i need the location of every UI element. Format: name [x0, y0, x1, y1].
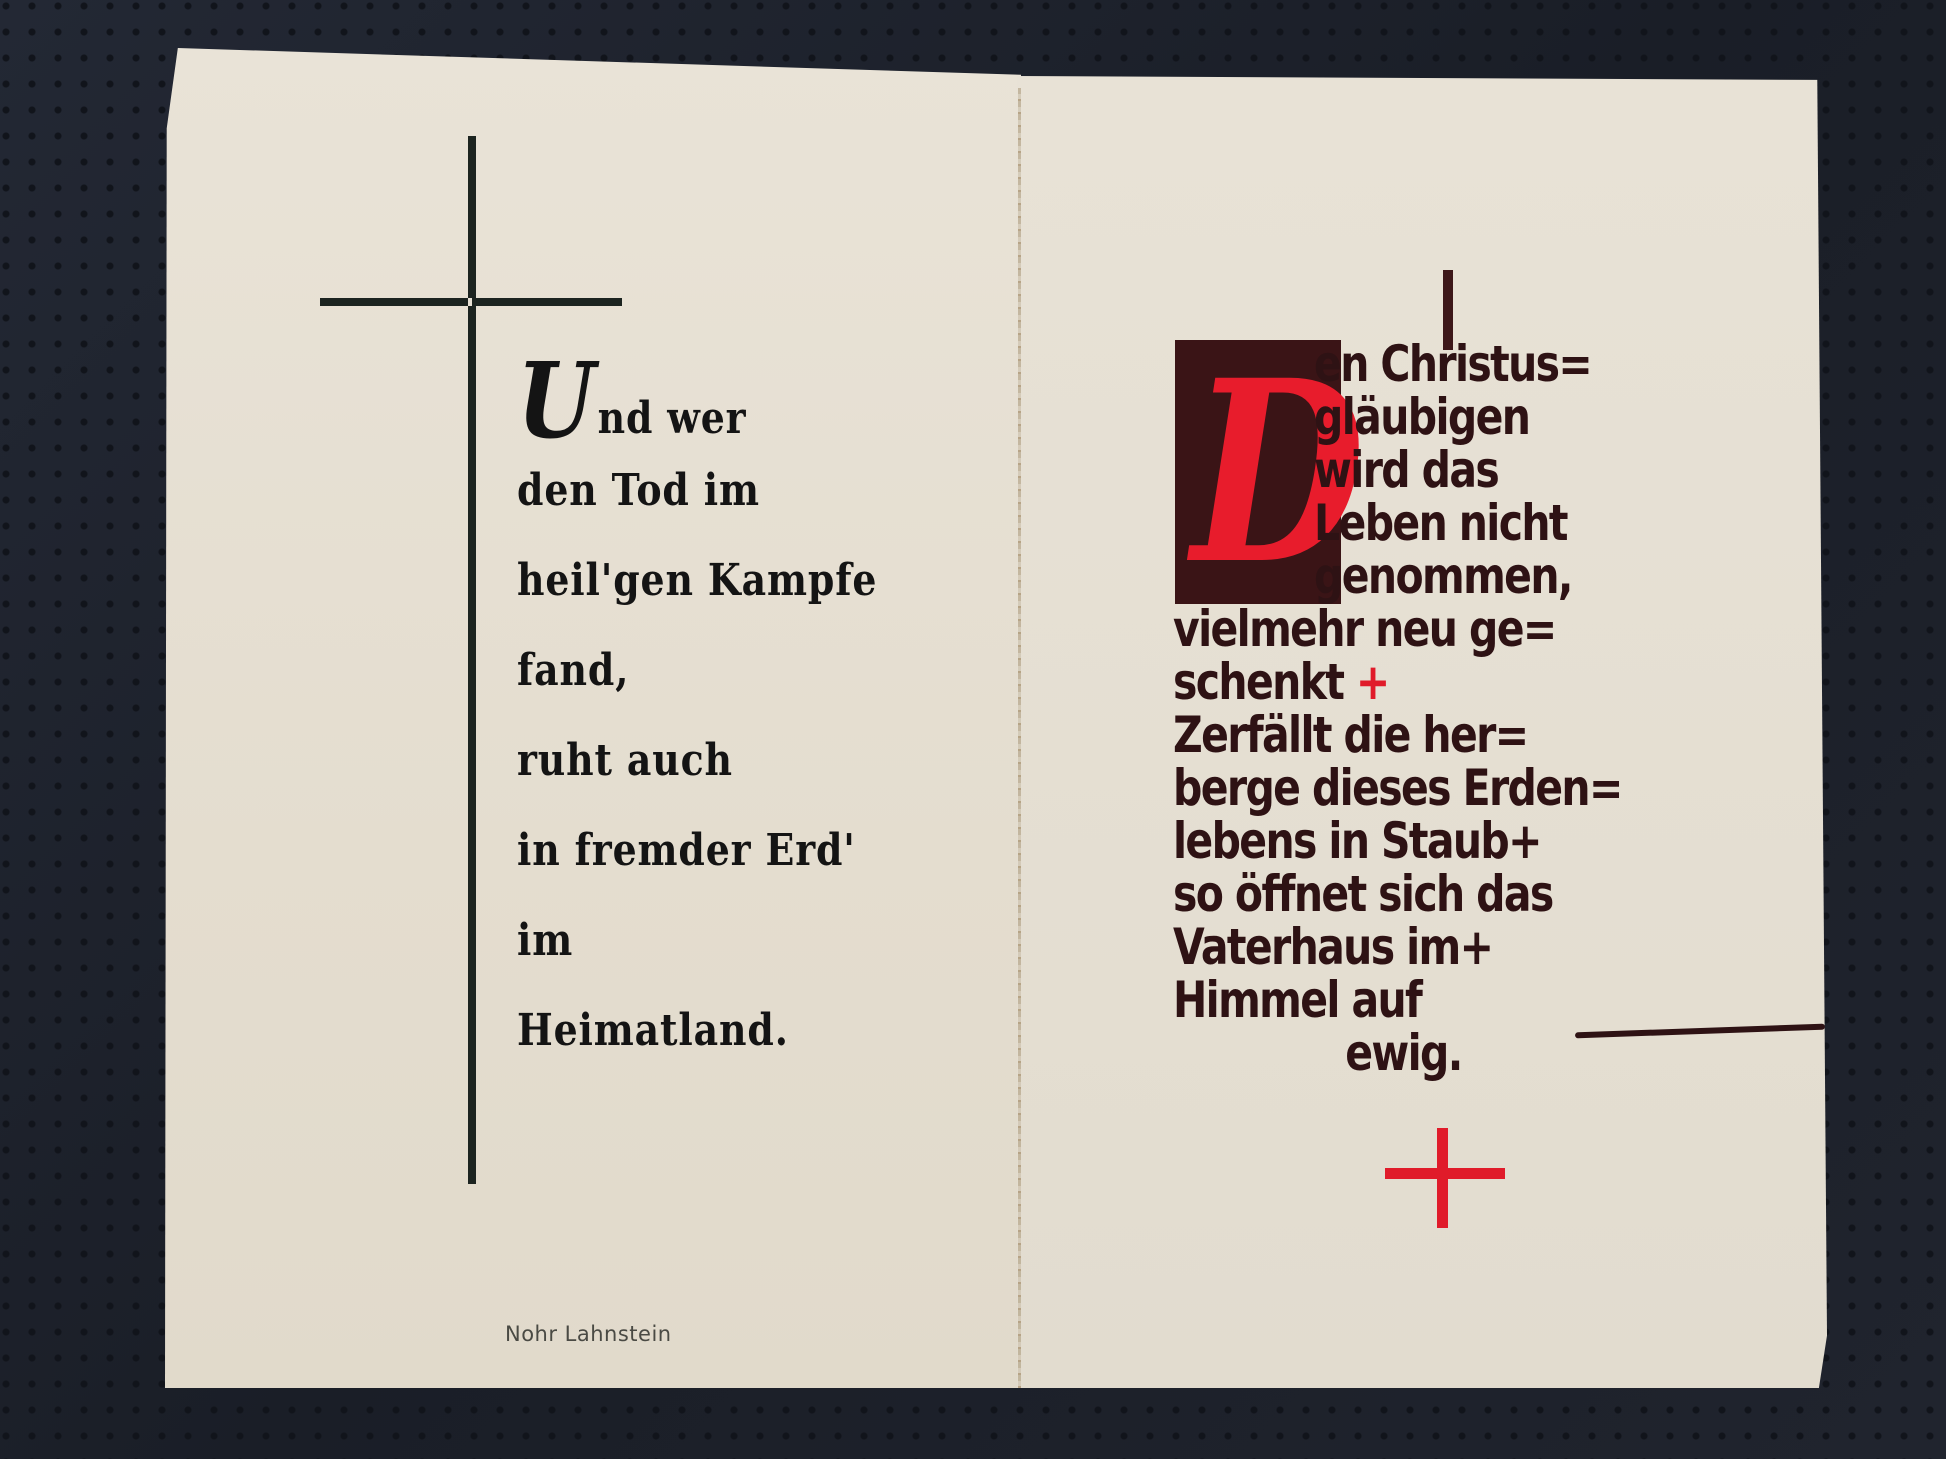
verse-line: schenkt +: [1173, 656, 1698, 709]
poem-line: ruht auch: [517, 716, 913, 806]
verse-line: wird das: [1173, 444, 1698, 497]
poem-line: in fremder Erd': [517, 806, 913, 896]
center-fold: [1018, 88, 1021, 1388]
verse-line: gläubigen: [1173, 391, 1698, 444]
poem-line: fand,: [517, 626, 913, 716]
poem-line: den Tod im: [517, 446, 913, 536]
red-cross-icon: [1385, 1128, 1505, 1228]
verse-line: berge dieses Erden=: [1173, 762, 1698, 815]
verse-line: Himmel auf: [1173, 974, 1698, 1027]
verse-line: so öffnet sich das: [1173, 868, 1698, 921]
printer-imprint: Nohr Lahnstein: [505, 1322, 672, 1346]
verse-line: en Christus=: [1173, 338, 1698, 391]
verse-line: vielmehr neu ge=: [1173, 603, 1698, 656]
verse-line: Vaterhaus im+: [1173, 921, 1698, 974]
red-cross-icon: +: [1356, 653, 1389, 711]
poem-line: im: [517, 896, 913, 986]
poem-line: Heimatland.: [517, 986, 913, 1076]
poem: Und wer den Tod im heil'gen Kampfe fand,…: [517, 356, 977, 1076]
poem-line: Und wer: [517, 356, 913, 446]
poem-initial: U: [517, 339, 596, 462]
verse-line: genommen,: [1173, 550, 1698, 603]
poem-line: heil'gen Kampfe: [517, 536, 913, 626]
cross-icon-horizontal: [320, 298, 622, 306]
verse-line: lebens in Staub+: [1173, 815, 1698, 868]
memorial-card: Und wer den Tod im heil'gen Kampfe fand,…: [165, 48, 1827, 1388]
verse: en Christus= gläubigen wird das Leben ni…: [1173, 338, 1813, 1080]
verse-line: Leben nicht: [1173, 497, 1698, 550]
verse-line: Zerfällt die her=: [1173, 709, 1698, 762]
cross-icon-vertical: [468, 136, 476, 1184]
